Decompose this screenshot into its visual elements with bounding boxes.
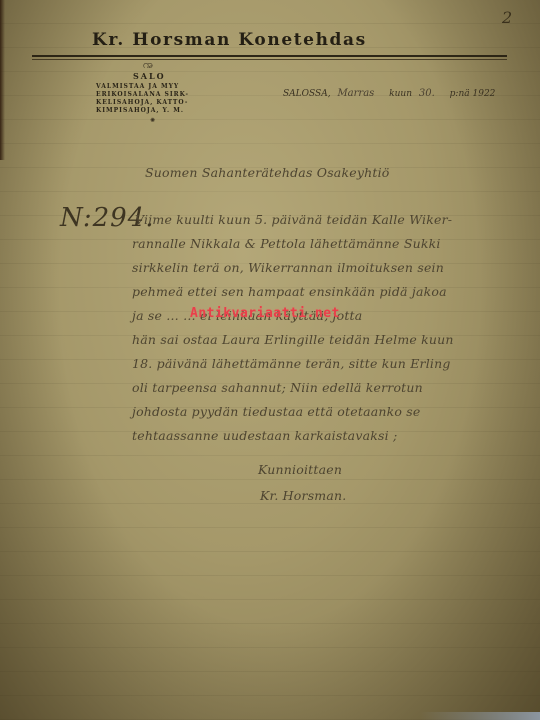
dateline-year: p:nä 1922 bbox=[450, 89, 496, 99]
recipient-line: Suomen Sahanterätehdas Osakeyhtiö bbox=[145, 165, 390, 180]
letter-page: 2 Kr. Horsman Konetehdas ꩠ SALO VALMISTA… bbox=[0, 0, 540, 720]
page-edge-shadow bbox=[0, 0, 5, 160]
letterhead-rule-thin bbox=[32, 59, 507, 60]
signature: Kr. Horsman. bbox=[260, 488, 346, 503]
letterhead-tagline: VALMISTAA JA MYY ERIKOISALANA SIRK- KELI… bbox=[96, 83, 246, 115]
tagline-line: VALMISTAA JA MYY bbox=[96, 83, 246, 91]
body-line: tehtaassanne uudestaan karkaistavaksi ; bbox=[132, 428, 397, 443]
watermark-link[interactable]: Antikvariaatti.net bbox=[190, 306, 340, 321]
tagline-line: KIMPISAHOJA, Y. M. bbox=[96, 107, 246, 115]
tagline-line: ERIKOISALANA SIRK- bbox=[96, 91, 246, 99]
dateline: SALOSSA, Marras kuun 30. p:nä 1922 bbox=[283, 88, 540, 99]
flower-ornament-icon: ✺ bbox=[150, 117, 155, 124]
body-line: sirkkelin terä on, Wikerrannan ilmoituks… bbox=[132, 260, 444, 275]
bottom-edge-strip bbox=[420, 712, 540, 720]
body-line: oli tarpeensa sahannut; Niin edellä kerr… bbox=[132, 380, 423, 395]
letterhead-city: SALO bbox=[133, 71, 166, 81]
dateline-month: Marras bbox=[337, 88, 374, 99]
letterhead-rule-thick bbox=[32, 55, 507, 57]
tagline-line: KELISAHOJA, KATTO- bbox=[96, 99, 246, 107]
body-line: rannalle Nikkala & Pettola lähettämänne … bbox=[132, 236, 441, 251]
body-line: johdosta pyydän tiedustaa että otetaanko… bbox=[132, 404, 421, 419]
body-line: hän sai ostaa Laura Erlingille teidän He… bbox=[132, 332, 454, 347]
closing: Kunnioittaen bbox=[258, 462, 342, 477]
page-number: 2 bbox=[502, 8, 512, 27]
body-line: 18. päivänä lähettämänne terän, sitte ku… bbox=[132, 356, 451, 371]
letterhead-company-name: Kr. Horsman Konetehdas bbox=[92, 30, 472, 50]
dateline-day: 30. bbox=[419, 88, 435, 99]
dateline-place: SALOSSA, bbox=[283, 89, 331, 99]
dateline-kuun: kuun bbox=[389, 89, 412, 99]
body-line: Viime kuulti kuun 5. päivänä teidän Kall… bbox=[135, 212, 452, 227]
body-line: pehmeä ettei sen hampaat ensinkään pidä … bbox=[132, 284, 447, 299]
